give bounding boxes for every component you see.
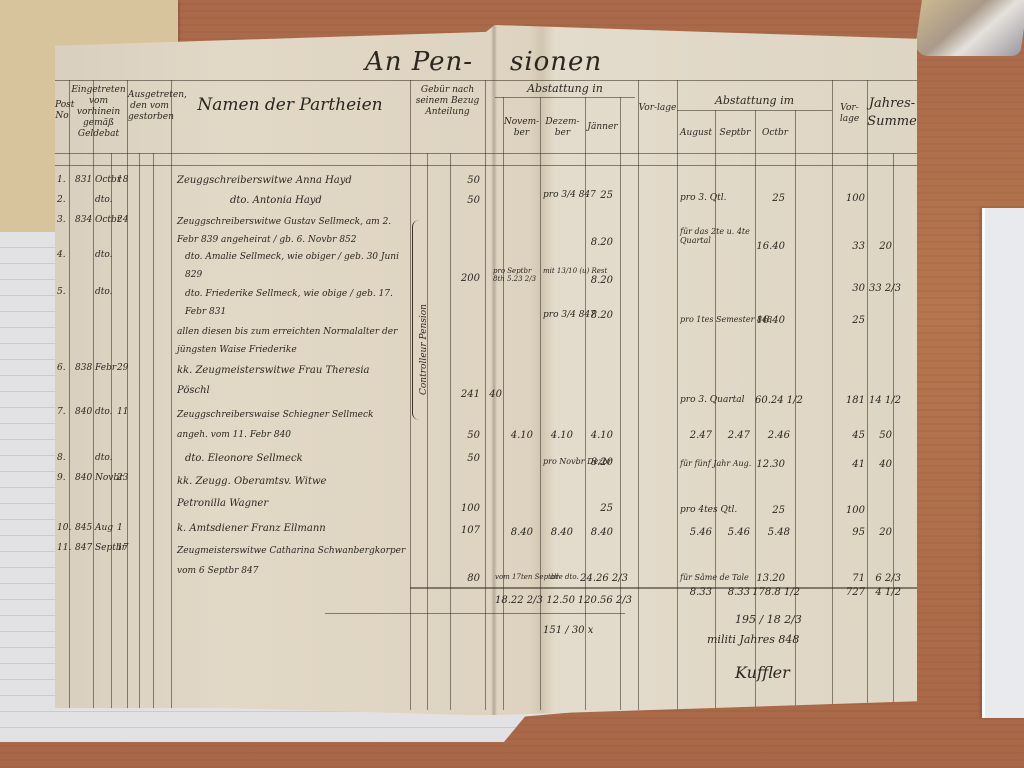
row-6-salary-fl: 241 — [445, 389, 480, 400]
rule-totals-bottom — [495, 613, 625, 614]
row-7-jan: 4.10 — [585, 430, 613, 441]
row-9-oct: 25 — [755, 505, 785, 516]
row-4-total-fl: 30 — [835, 283, 865, 294]
row-7-month: dto. — [95, 407, 113, 417]
row-11-day: 17 — [117, 543, 128, 553]
row-7-oct: 2.46 — [755, 430, 790, 441]
fiscal-year-note: militi Jahres 848 — [707, 633, 799, 646]
row-7-nov: 4.10 — [503, 430, 533, 441]
rule-payment-group-1 — [495, 97, 635, 98]
row-5-no: 5. — [57, 287, 66, 297]
col-rule — [585, 97, 586, 710]
row-3-sep: für das 2te u. 4te Quartal — [680, 227, 755, 245]
row-6-day: 29 — [117, 363, 128, 373]
header-august: August — [677, 128, 715, 139]
header-payment-group-1: Abstattung in — [495, 83, 635, 94]
row-1-total: 100 — [835, 193, 865, 204]
header-post-no: Post No — [55, 100, 69, 122]
row-10-dec: 8.40 — [543, 527, 573, 538]
row-5-oct: 16.40 — [755, 315, 785, 326]
row-11-no: 11. — [57, 543, 71, 553]
header-december: Dezem-ber — [540, 117, 585, 139]
row-11-salary: 80 — [450, 573, 480, 584]
brace-label: Controlleur Pension — [419, 235, 429, 395]
brace-controlleur — [412, 220, 419, 420]
row-11-total-fl: 71 — [835, 573, 865, 584]
signature: Kuffler — [735, 663, 790, 682]
row-1-name: Zeuggschreiberswitwe Anna Hayd — [177, 175, 352, 186]
row-1-oct: 25 — [755, 193, 785, 204]
row-10-aug: 5.46 — [677, 527, 712, 538]
row-6-no: 6. — [57, 363, 66, 373]
row-7-total-fl: 45 — [835, 430, 865, 441]
row-8-no: 8. — [57, 453, 66, 463]
row-4-month: dto. — [95, 250, 113, 260]
row-10-total-x: 20 — [870, 527, 892, 538]
row-11-sep: für Sâme de Tale — [680, 573, 749, 582]
header-departed: Ausgetreten, den vom gestorben — [128, 90, 171, 123]
header-vorlage-2: Vor-lage — [832, 103, 867, 125]
total-september: 8.33 — [715, 587, 750, 598]
row-7-sep: 2.47 — [715, 430, 750, 441]
row-10-year: 845 — [75, 523, 92, 533]
row-10-sep: 5.46 — [715, 527, 750, 538]
row-10-oct: 5.48 — [755, 527, 790, 538]
row-8-name: dto. Eleonore Sellmeck — [185, 453, 303, 464]
row-8-sep: für fünf Jahr Aug. — [680, 459, 751, 468]
row-6-oct: 60.24 1/2 — [755, 395, 793, 406]
row-3-total-x: 20 — [870, 241, 892, 252]
col-rule — [111, 153, 112, 710]
book-gutter — [491, 25, 497, 715]
row-9-no: 9. — [57, 473, 66, 483]
row-3-no: 3. — [57, 215, 66, 225]
brace-sum-left: 151 / 30 x — [543, 625, 593, 636]
row-7-dec: 4.10 — [543, 430, 573, 441]
row-1-salary: 50 — [450, 175, 480, 186]
row-8-jan: 8.20 — [585, 457, 613, 468]
ledger-title-left: An Pen- — [365, 47, 473, 77]
row-7-salary: 50 — [450, 430, 480, 441]
brace-sum-right: 195 / 18 2/3 — [735, 613, 802, 626]
header-payment-group-2: Abstattung im — [677, 95, 832, 106]
row-10-name: k. Amtsdiener Franz Ellmann — [177, 523, 326, 534]
row-3-name: Zeuggschreiberswitwe Gustav Sellmeck, am… — [177, 213, 407, 249]
row-11-name: Zeugmeisterswitwe Catharina Schwanbergko… — [177, 541, 407, 581]
row-5-jan: 8.20 — [585, 310, 613, 321]
total-december: 12.50 — [543, 595, 575, 606]
total-annual-fl: 727 — [835, 587, 865, 598]
row-3-year: 834 — [75, 215, 92, 225]
row-4-jan: 8.20 — [585, 275, 613, 286]
row-7-no: 7. — [57, 407, 66, 417]
col-rule — [410, 80, 411, 710]
row-11-oct: 13.20 — [755, 573, 785, 584]
col-rule — [620, 97, 621, 710]
row-10-day: 1 — [117, 523, 123, 533]
col-rule — [832, 80, 833, 710]
row-1-sep: pro 3. Qtl. — [680, 193, 727, 203]
header-vorlage-1: Vor-lage — [638, 103, 677, 114]
row-6-salary-x: 40 — [480, 389, 502, 400]
row-8-oct: 12.30 — [755, 459, 785, 470]
row-6-year: 838 — [75, 363, 92, 373]
row-2-name: dto. Antonia Hayd — [230, 195, 322, 206]
ledger-book: An Pen- sionen Post No Eingetreten vom v… — [55, 25, 917, 715]
row-10-salary: 107 — [450, 525, 480, 536]
row-2-salary: 50 — [450, 195, 480, 206]
row-7-aug: 2.47 — [677, 430, 712, 441]
row-9-total: 100 — [835, 505, 865, 516]
rule-header-bottom — [55, 153, 917, 154]
row-3-jan: 8.20 — [585, 237, 613, 248]
total-august: 8.33 — [677, 587, 712, 598]
col-rule — [503, 97, 504, 710]
row-8-total-fl: 41 — [835, 459, 865, 470]
row-6-name: kk. Zeugmeisterswitwe Frau Theresia Pösc… — [177, 361, 377, 401]
header-january: Jänner — [585, 122, 620, 133]
row-9-name: kk. Zeugg. Oberamtsv. Witwe Petronilla W… — [177, 471, 377, 515]
row-3-total-fl: 33 — [835, 241, 865, 252]
header-entry-date: Eingetreten vom vorhinein gemäß Geldebat — [70, 85, 127, 140]
rule-units-bottom — [55, 165, 917, 166]
row-6-total-x: 14 1/2 — [867, 395, 901, 406]
row-7-name: Zeuggschreiberswaise Schiegner Sellmeck … — [177, 405, 407, 445]
col-rule — [540, 97, 541, 710]
header-annual-salary: Gebür nach seinem Bezug Anteilung — [410, 85, 485, 118]
row-1-no: 1. — [57, 175, 66, 185]
row-10-jan: 8.40 — [585, 527, 613, 538]
col-rule — [153, 153, 154, 710]
row-5-total: 25 — [835, 315, 865, 326]
row-9-salary: 100 — [450, 503, 480, 514]
header-november: Novem-ber — [503, 117, 540, 139]
row-11-total-x: 6 2/3 — [867, 573, 901, 584]
row-11-dec: alle dto. — [550, 573, 579, 581]
col-rule — [139, 153, 140, 710]
row-2-month: dto. — [95, 195, 113, 205]
row-9-sep: pro 4tes Qtl. — [680, 505, 737, 515]
header-names: Namen der Partheien — [175, 93, 405, 117]
row-4-name: dto. Amalie Sellmeck, wie obiger / geb. … — [185, 248, 405, 284]
row-8-salary: 50 — [450, 453, 480, 464]
row-2-no: 2. — [57, 195, 66, 205]
row-3-oct: 16.40 — [755, 241, 785, 252]
row-5-name: dto. Friederike Sellmeck, wie obige / ge… — [185, 285, 405, 321]
col-rule — [171, 80, 172, 710]
row-6-month: Febr — [95, 363, 116, 373]
background-paper-right — [982, 208, 1024, 718]
col-rule — [93, 80, 94, 710]
row-8-month: dto. — [95, 453, 113, 463]
col-rule — [893, 153, 894, 710]
total-january: 120.56 2/3 — [577, 595, 632, 606]
ledger-title-right: sionen — [510, 47, 602, 77]
row-9-day: 23 — [117, 473, 128, 483]
row-4-salary: 200 — [450, 273, 480, 284]
row-4-no: 4. — [57, 250, 66, 260]
header-annual-sum: Jahres-Summe — [867, 95, 917, 131]
row-6-total-fl: 181 — [835, 395, 865, 406]
total-november: 18.22 2/3 — [495, 595, 540, 606]
rule-header-top — [55, 80, 917, 81]
row-5-note: allen diesen bis zum erreichten Normalal… — [177, 323, 407, 359]
row-10-month: Aug — [95, 523, 113, 533]
row-7-year: 840 — [75, 407, 92, 417]
row-4-total-x: 33 2/3 — [867, 283, 901, 294]
row-10-total-fl: 95 — [835, 527, 865, 538]
row-5-month: dto. — [95, 287, 113, 297]
row-1-jan: 25 — [585, 190, 613, 201]
col-rule — [69, 80, 70, 710]
row-3-day: 24 — [117, 215, 128, 225]
header-september: Septbr — [715, 128, 755, 139]
row-4-nov: pro Septbr 8th 5.23 2/3 — [493, 267, 543, 283]
row-4-dec: mit 13/10 (u) Rest — [543, 267, 607, 275]
row-7-day: 11 — [117, 407, 128, 417]
row-11-jan: 24.26 2/3 — [580, 573, 628, 584]
row-10-nov: 8.40 — [503, 527, 533, 538]
background-object-top-right — [914, 0, 1024, 56]
row-7-total-x: 50 — [870, 430, 892, 441]
row-9-year: 840 — [75, 473, 92, 483]
row-8-total-x: 40 — [870, 459, 892, 470]
header-october: Octbr — [755, 128, 795, 139]
row-1-day: 18 — [117, 175, 128, 185]
total-october: 178.8 1/2 — [750, 587, 800, 598]
row-6-sep: pro 3. Quartal — [680, 395, 745, 405]
col-rule — [638, 80, 639, 710]
col-rule — [677, 80, 678, 710]
row-10-no: 10. — [57, 523, 71, 533]
row-11-year: 847 — [75, 543, 92, 553]
row-9-jan: 25 — [585, 503, 613, 514]
row-1-year: 831 — [75, 175, 92, 185]
total-annual-x: 4 1/2 — [867, 587, 901, 598]
